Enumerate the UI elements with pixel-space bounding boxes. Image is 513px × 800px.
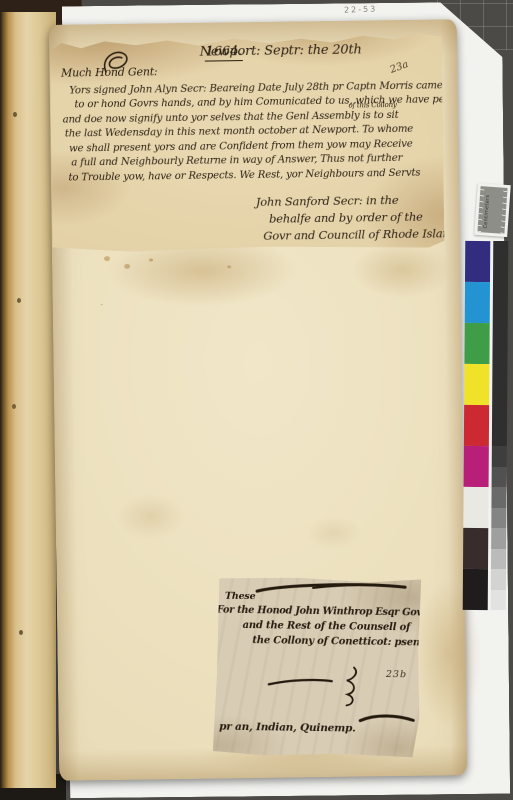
gray-step-5 xyxy=(491,528,506,549)
stain xyxy=(115,493,186,540)
stain xyxy=(306,516,362,551)
folio-number-recto: 23a xyxy=(389,59,410,76)
address-leaf: These For the Honod John Winthrop Esqr G… xyxy=(213,577,421,758)
signature-line: behalfe and by order of the xyxy=(269,210,423,226)
pencil-catalog-note: 22-53 xyxy=(344,4,378,14)
patch-sepia xyxy=(463,528,488,569)
dateline-year: 1664. xyxy=(205,44,243,62)
ink-specks xyxy=(13,112,17,117)
patch-black xyxy=(463,569,488,610)
signature-line: Govr and Councill of Rhode Island xyxy=(263,226,457,243)
patch-green xyxy=(464,323,489,364)
letter-body-line: the last Wedensday in this next month oc… xyxy=(65,123,413,140)
color-patch-column xyxy=(463,241,491,610)
gray-step-1 xyxy=(492,446,507,467)
ink-squiggle-icon xyxy=(339,664,362,708)
ink-flourish-icon xyxy=(253,579,411,597)
patch-cyan xyxy=(465,282,490,323)
ruler-label: Centimeters xyxy=(483,194,491,228)
carrier-note: pr an, Indian, Quinemp. xyxy=(219,721,356,735)
gray-wedge-column xyxy=(491,241,509,610)
book-spine-edge xyxy=(0,12,56,788)
gray-step-4 xyxy=(491,508,506,528)
direction-line: These xyxy=(225,591,256,602)
gray-step-7 xyxy=(491,569,506,590)
patch-yellow xyxy=(464,364,489,405)
patch-white xyxy=(463,487,488,528)
gray-step-2 xyxy=(492,467,507,487)
direction-line: For the Honod John Winthrop Esqr Govr: xyxy=(217,605,430,619)
gray-step-8 xyxy=(491,590,506,610)
interlinear-insertion: of this Collony xyxy=(348,101,396,110)
gray-step-3 xyxy=(491,487,506,508)
direction-line: the Collony of Conetticot: psent xyxy=(252,635,424,648)
letter-body-line: to Trouble yow, have or Respects. We Res… xyxy=(68,167,420,184)
archival-photograph: Newport: Septr: the 20th1664. Much Hond … xyxy=(0,0,513,800)
stain xyxy=(352,241,453,298)
patch-red xyxy=(464,405,489,446)
patch-blue xyxy=(465,241,490,282)
direction-line: and the Rest of the Counsell of xyxy=(242,620,410,633)
ruler-ticks xyxy=(500,188,507,234)
manuscript-letter: Newport: Septr: the 20th1664. Much Hond … xyxy=(50,31,445,252)
foxing-spots xyxy=(104,256,110,261)
ruler-face: Centimeters xyxy=(477,186,507,234)
gray-block xyxy=(492,241,508,446)
patch-magenta xyxy=(464,446,489,487)
letter-body-line: a full and Neighbourly Returne in way of… xyxy=(71,152,402,169)
signature-line: John Sanford Secr: in the xyxy=(256,193,399,209)
letter-salutation: Much Hond Gent: xyxy=(61,65,158,79)
gray-step-6 xyxy=(491,549,506,569)
ink-line-icon xyxy=(266,675,336,688)
ink-dash-icon xyxy=(357,711,417,726)
folio-number-verso: 23b xyxy=(386,669,407,680)
ruler-patch: Centimeters xyxy=(474,183,511,237)
